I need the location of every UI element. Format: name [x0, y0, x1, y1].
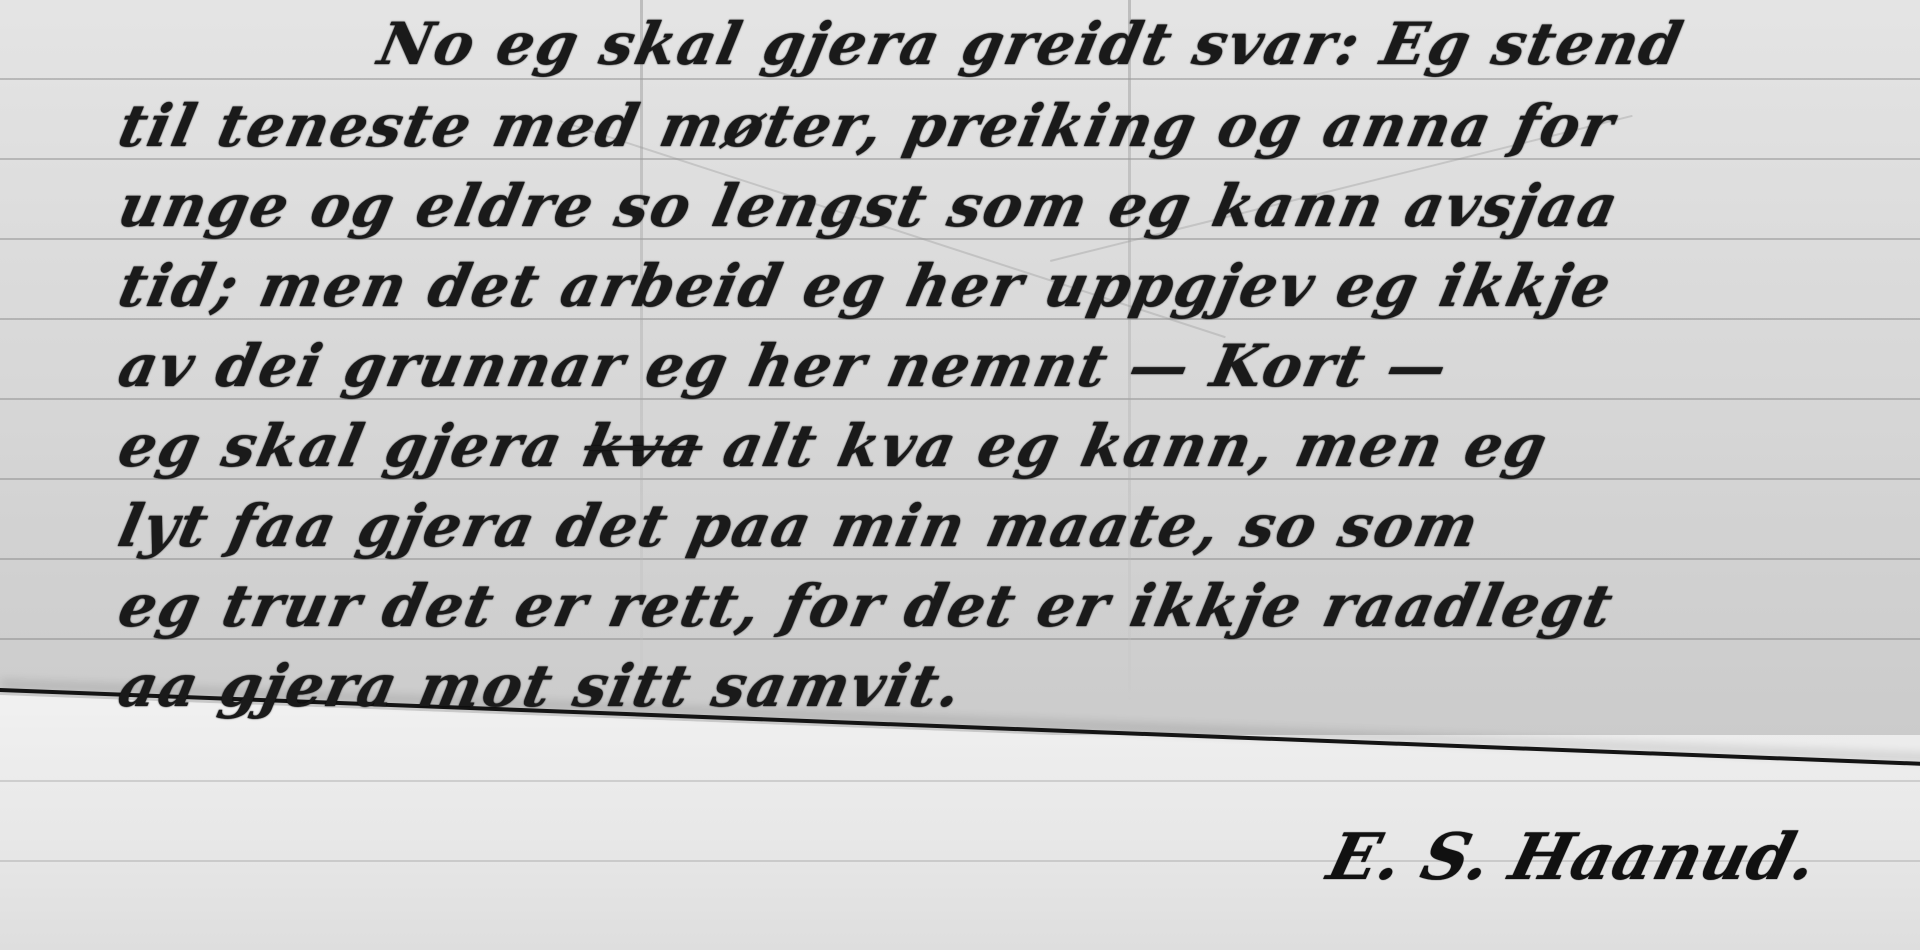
- struck-word: kva: [578, 412, 710, 480]
- ruled-line: [0, 780, 1920, 782]
- line-6-start: eg skal gjera: [113, 412, 570, 480]
- handwritten-line-1: No eg skal gjera greidt svar: Eg stend: [373, 10, 1690, 78]
- handwritten-line-9: aa gjera mot sitt samvit.: [113, 652, 969, 720]
- signature: E. S. Haanud.: [1321, 820, 1825, 895]
- handwritten-line-3: unge og eldre so lengst som eg kann avsj…: [113, 172, 1626, 240]
- letter-scan: No eg skal gjera greidt svar: Eg stend t…: [0, 0, 1920, 950]
- handwritten-line-4: tid; men det arbeid eg her uppgjev eg ik…: [113, 252, 1619, 320]
- line-6-end: alt kva eg kann, men eg: [718, 412, 1555, 480]
- handwritten-line-6: eg skal gjera kva alt kva eg kann, men e…: [113, 412, 1555, 480]
- handwritten-line-5: av dei grunnar eg her nemnt — Kort —: [113, 332, 1455, 400]
- handwritten-line-2: til teneste med møter, preiking og anna …: [113, 92, 1622, 160]
- ruled-line: [0, 78, 1920, 80]
- handwritten-line-8: eg trur det er rett, for det er ikkje ra…: [113, 572, 1620, 640]
- handwritten-line-7: lyt faa gjera det paa min maate, so som: [113, 492, 1486, 560]
